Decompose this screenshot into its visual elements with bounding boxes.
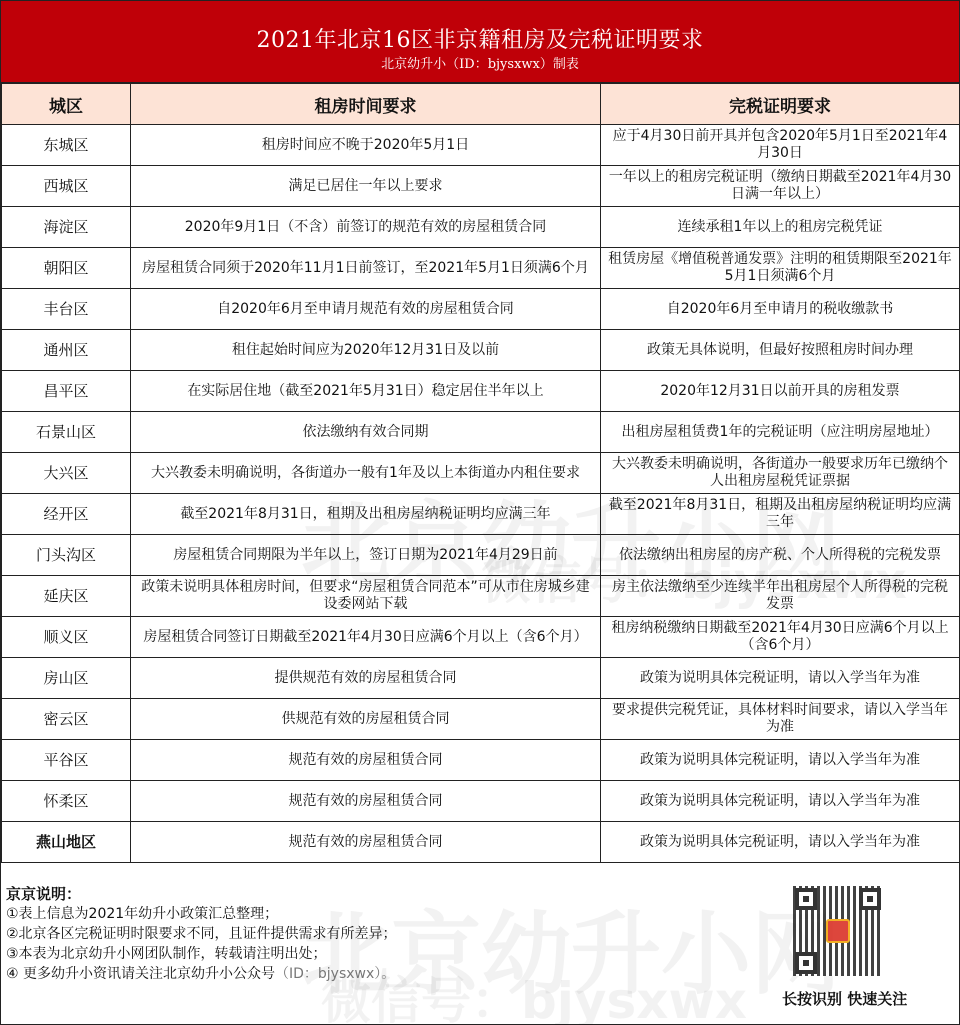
tax-requirement-cell: 应于4月30日前开具并包含2020年5月1日至2021年4月30日 (601, 125, 960, 166)
district-cell: 房山区 (2, 658, 131, 699)
column-header-tax-requirement: 完税证明要求 (601, 84, 960, 125)
notes-title: 京京说明： (6, 884, 397, 904)
tax-requirement-cell: 租赁房屋《增值税普通发票》注明的租赁期限至2021年5月1日须满6个月 (601, 248, 960, 289)
tax-requirement-cell: 一年以上的租房完税证明（缴纳日期截至2021年4月30日满一年以上） (601, 166, 960, 207)
page-title: 2021年北京16区非京籍租房及完税证明要求 (1, 23, 959, 54)
requirements-table: 城区 租房时间要求 完税证明要求 东城区 租房时间应不晚于2020年5月1日 应… (1, 83, 960, 863)
rent-requirement-cell: 大兴教委未明确说明，各街道办一般有1年及以上本街道办内租住要求 (131, 453, 601, 494)
tax-requirement-cell: 房主依法缴纳至少连续半年出租房屋个人所得税的完税发票 (601, 576, 960, 617)
footer-notes-section: 京京说明： ①表上信息为2021年幼升小政策汇总整理； ②北京各区完税证明时限要… (1, 862, 959, 1025)
tax-requirement-cell: 政策为说明具体完税证明，请以入学当年为准 (601, 781, 960, 822)
qr-finder-pattern (795, 888, 817, 910)
tax-requirement-cell: 自2020年6月至申请月的税收缴款书 (601, 289, 960, 330)
rent-requirement-cell: 自2020年6月至申请月规范有效的房屋租赁合同 (131, 289, 601, 330)
note-item: ②北京各区完税证明时限要求不同，且证件提供需求有所差异； (6, 924, 397, 944)
table-row: 石景山区 依法缴纳有效合同期 出租房屋租赁费1年的完税证明（应注明房屋地址） (2, 412, 960, 453)
district-cell: 燕山地区 (2, 822, 131, 863)
tax-requirement-cell: 依法缴纳出租房屋的房产税、个人所得税的完税发票 (601, 535, 960, 576)
rent-requirement-cell: 规范有效的房屋租赁合同 (131, 740, 601, 781)
district-cell: 通州区 (2, 330, 131, 371)
brand-logo-icon (826, 919, 850, 943)
table-row: 顺义区 房屋租赁合同签订日期截至2021年4月30日应满6个月以上（含6个月） … (2, 617, 960, 658)
district-cell: 西城区 (2, 166, 131, 207)
tax-requirement-cell: 要求提供完税凭证，具体材料时间要求，请以入学当年为准 (601, 699, 960, 740)
district-cell: 朝阳区 (2, 248, 131, 289)
rent-requirement-cell: 提供规范有效的房屋租赁合同 (131, 658, 601, 699)
account-id-text: （ID：bjysxwx）。 (275, 966, 395, 982)
district-cell: 平谷区 (2, 740, 131, 781)
table-row: 海淀区 2020年9月1日（不含）前签订的规范有效的房屋租赁合同 连续承租1年以… (2, 207, 960, 248)
rent-requirement-cell: 满足已居住一年以上要求 (131, 166, 601, 207)
rent-requirement-cell: 规范有效的房屋租赁合同 (131, 781, 601, 822)
tax-requirement-cell: 租房纳税缴纳日期截至2021年4月30日应满6个月以上（含6个月） (601, 617, 960, 658)
column-header-district: 城区 (2, 84, 131, 125)
district-cell: 昌平区 (2, 371, 131, 412)
table-row: 西城区 满足已居住一年以上要求 一年以上的租房完税证明（缴纳日期截至2021年4… (2, 166, 960, 207)
rent-requirement-cell: 房屋租赁合同签订日期截至2021年4月30日应满6个月以上（含6个月） (131, 617, 601, 658)
district-cell: 丰台区 (2, 289, 131, 330)
table-row: 房山区 提供规范有效的房屋租赁合同 政策为说明具体完税证明，请以入学当年为准 (2, 658, 960, 699)
district-cell: 大兴区 (2, 453, 131, 494)
table-row: 门头沟区 房屋租赁合同期限为半年以上，签订日期为2021年4月29日前 依法缴纳… (2, 535, 960, 576)
note-item: ④ 更多幼升小资讯请关注北京幼升小公众号（ID：bjysxwx）。 (6, 964, 397, 984)
rent-requirement-cell: 在实际居住地（截至2021年5月31日）稳定居住半年以上 (131, 371, 601, 412)
rent-requirement-cell: 依法缴纳有效合同期 (131, 412, 601, 453)
rent-requirement-cell: 规范有效的房屋租赁合同 (131, 822, 601, 863)
district-cell: 海淀区 (2, 207, 131, 248)
qr-caption: 长按识别 快速关注 (776, 988, 956, 1009)
tax-requirement-cell: 截至2021年8月31日，租期及出租房屋纳税证明均应满三年 (601, 494, 960, 535)
tax-requirement-cell: 政策为说明具体完税证明，请以入学当年为准 (601, 658, 960, 699)
tax-requirement-cell: 政策无具体说明，但最好按照租房时间办理 (601, 330, 960, 371)
table-header-row: 城区 租房时间要求 完税证明要求 (2, 84, 960, 125)
district-cell: 顺义区 (2, 617, 131, 658)
rent-requirement-cell: 租房时间应不晚于2020年5月1日 (131, 125, 601, 166)
tax-requirement-cell: 2020年12月31日以前开具的房租发票 (601, 371, 960, 412)
table-row: 延庆区 政策未说明具体租房时间，但要求“房屋租赁合同范本”可从市住房城乡建设委网… (2, 576, 960, 617)
table-row: 丰台区 自2020年6月至申请月规范有效的房屋租赁合同 自2020年6月至申请月… (2, 289, 960, 330)
rent-requirement-cell: 房屋租赁合同期限为半年以上，签订日期为2021年4月29日前 (131, 535, 601, 576)
district-cell: 密云区 (2, 699, 131, 740)
table-row: 经开区 截至2021年8月31日，租期及出租房屋纳税证明均应满三年 截至2021… (2, 494, 960, 535)
rent-requirement-cell: 截至2021年8月31日，租期及出租房屋纳税证明均应满三年 (131, 494, 601, 535)
district-cell: 东城区 (2, 125, 131, 166)
rent-requirement-cell: 2020年9月1日（不含）前签订的规范有效的房屋租赁合同 (131, 207, 601, 248)
table-row: 昌平区 在实际居住地（截至2021年5月31日）稳定居住半年以上 2020年12… (2, 371, 960, 412)
district-cell: 石景山区 (2, 412, 131, 453)
qr-finder-pattern (795, 952, 817, 974)
table-row: 怀柔区 规范有效的房屋租赁合同 政策为说明具体完税证明，请以入学当年为准 (2, 781, 960, 822)
tax-requirement-cell: 政策为说明具体完税证明，请以入学当年为准 (601, 740, 960, 781)
table-row: 燕山地区 规范有效的房屋租赁合同 政策为说明具体完税证明，请以入学当年为准 (2, 822, 960, 863)
qr-code-block: 长按识别 快速关注 (776, 878, 956, 1008)
tax-requirement-cell: 政策为说明具体完税证明，请以入学当年为准 (601, 822, 960, 863)
district-cell: 延庆区 (2, 576, 131, 617)
table-row: 通州区 租住起始时间应为2020年12月31日及以前 政策无具体说明，但最好按照… (2, 330, 960, 371)
notes-list: 京京说明： ①表上信息为2021年幼升小政策汇总整理； ②北京各区完税证明时限要… (6, 884, 397, 984)
column-header-rent-requirement: 租房时间要求 (131, 84, 601, 125)
district-cell: 经开区 (2, 494, 131, 535)
qr-finder-pattern (859, 888, 881, 910)
rent-requirement-cell: 房屋租赁合同须于2020年11月1日前签订，至2021年5月1日须满6个月 (131, 248, 601, 289)
rent-requirement-cell: 租住起始时间应为2020年12月31日及以前 (131, 330, 601, 371)
rent-requirement-cell: 供规范有效的房屋租赁合同 (131, 699, 601, 740)
qr-code-icon[interactable] (793, 886, 883, 976)
table-row: 密云区 供规范有效的房屋租赁合同 要求提供完税凭证，具体材料时间要求，请以入学当… (2, 699, 960, 740)
title-banner: 2021年北京16区非京籍租房及完税证明要求 北京幼升小（ID：bjysxwx）… (1, 1, 959, 83)
note-text: ④ 更多幼升小资讯请关注北京幼升小公众号 (6, 966, 275, 982)
tax-requirement-cell: 连续承租1年以上的租房完税凭证 (601, 207, 960, 248)
policy-table-page: 2021年北京16区非京籍租房及完税证明要求 北京幼升小（ID：bjysxwx）… (0, 0, 960, 1025)
table-row: 东城区 租房时间应不晚于2020年5月1日 应于4月30日前开具并包含2020年… (2, 125, 960, 166)
note-item: ①表上信息为2021年幼升小政策汇总整理； (6, 904, 397, 924)
district-cell: 怀柔区 (2, 781, 131, 822)
table-row: 平谷区 规范有效的房屋租赁合同 政策为说明具体完税证明，请以入学当年为准 (2, 740, 960, 781)
tax-requirement-cell: 大兴教委未明确说明，各街道办一般要求历年已缴纳个人出租房屋税凭证票据 (601, 453, 960, 494)
tax-requirement-cell: 出租房屋租赁费1年的完税证明（应注明房屋地址） (601, 412, 960, 453)
table-row: 大兴区 大兴教委未明确说明，各街道办一般有1年及以上本街道办内租住要求 大兴教委… (2, 453, 960, 494)
table-row: 朝阳区 房屋租赁合同须于2020年11月1日前签订，至2021年5月1日须满6个… (2, 248, 960, 289)
note-item: ③本表为北京幼升小网团队制作，转载请注明出处； (6, 944, 397, 964)
page-subtitle: 北京幼升小（ID：bjysxwx）制表 (1, 53, 959, 72)
rent-requirement-cell: 政策未说明具体租房时间，但要求“房屋租赁合同范本”可从市住房城乡建设委网站下载 (131, 576, 601, 617)
district-cell: 门头沟区 (2, 535, 131, 576)
